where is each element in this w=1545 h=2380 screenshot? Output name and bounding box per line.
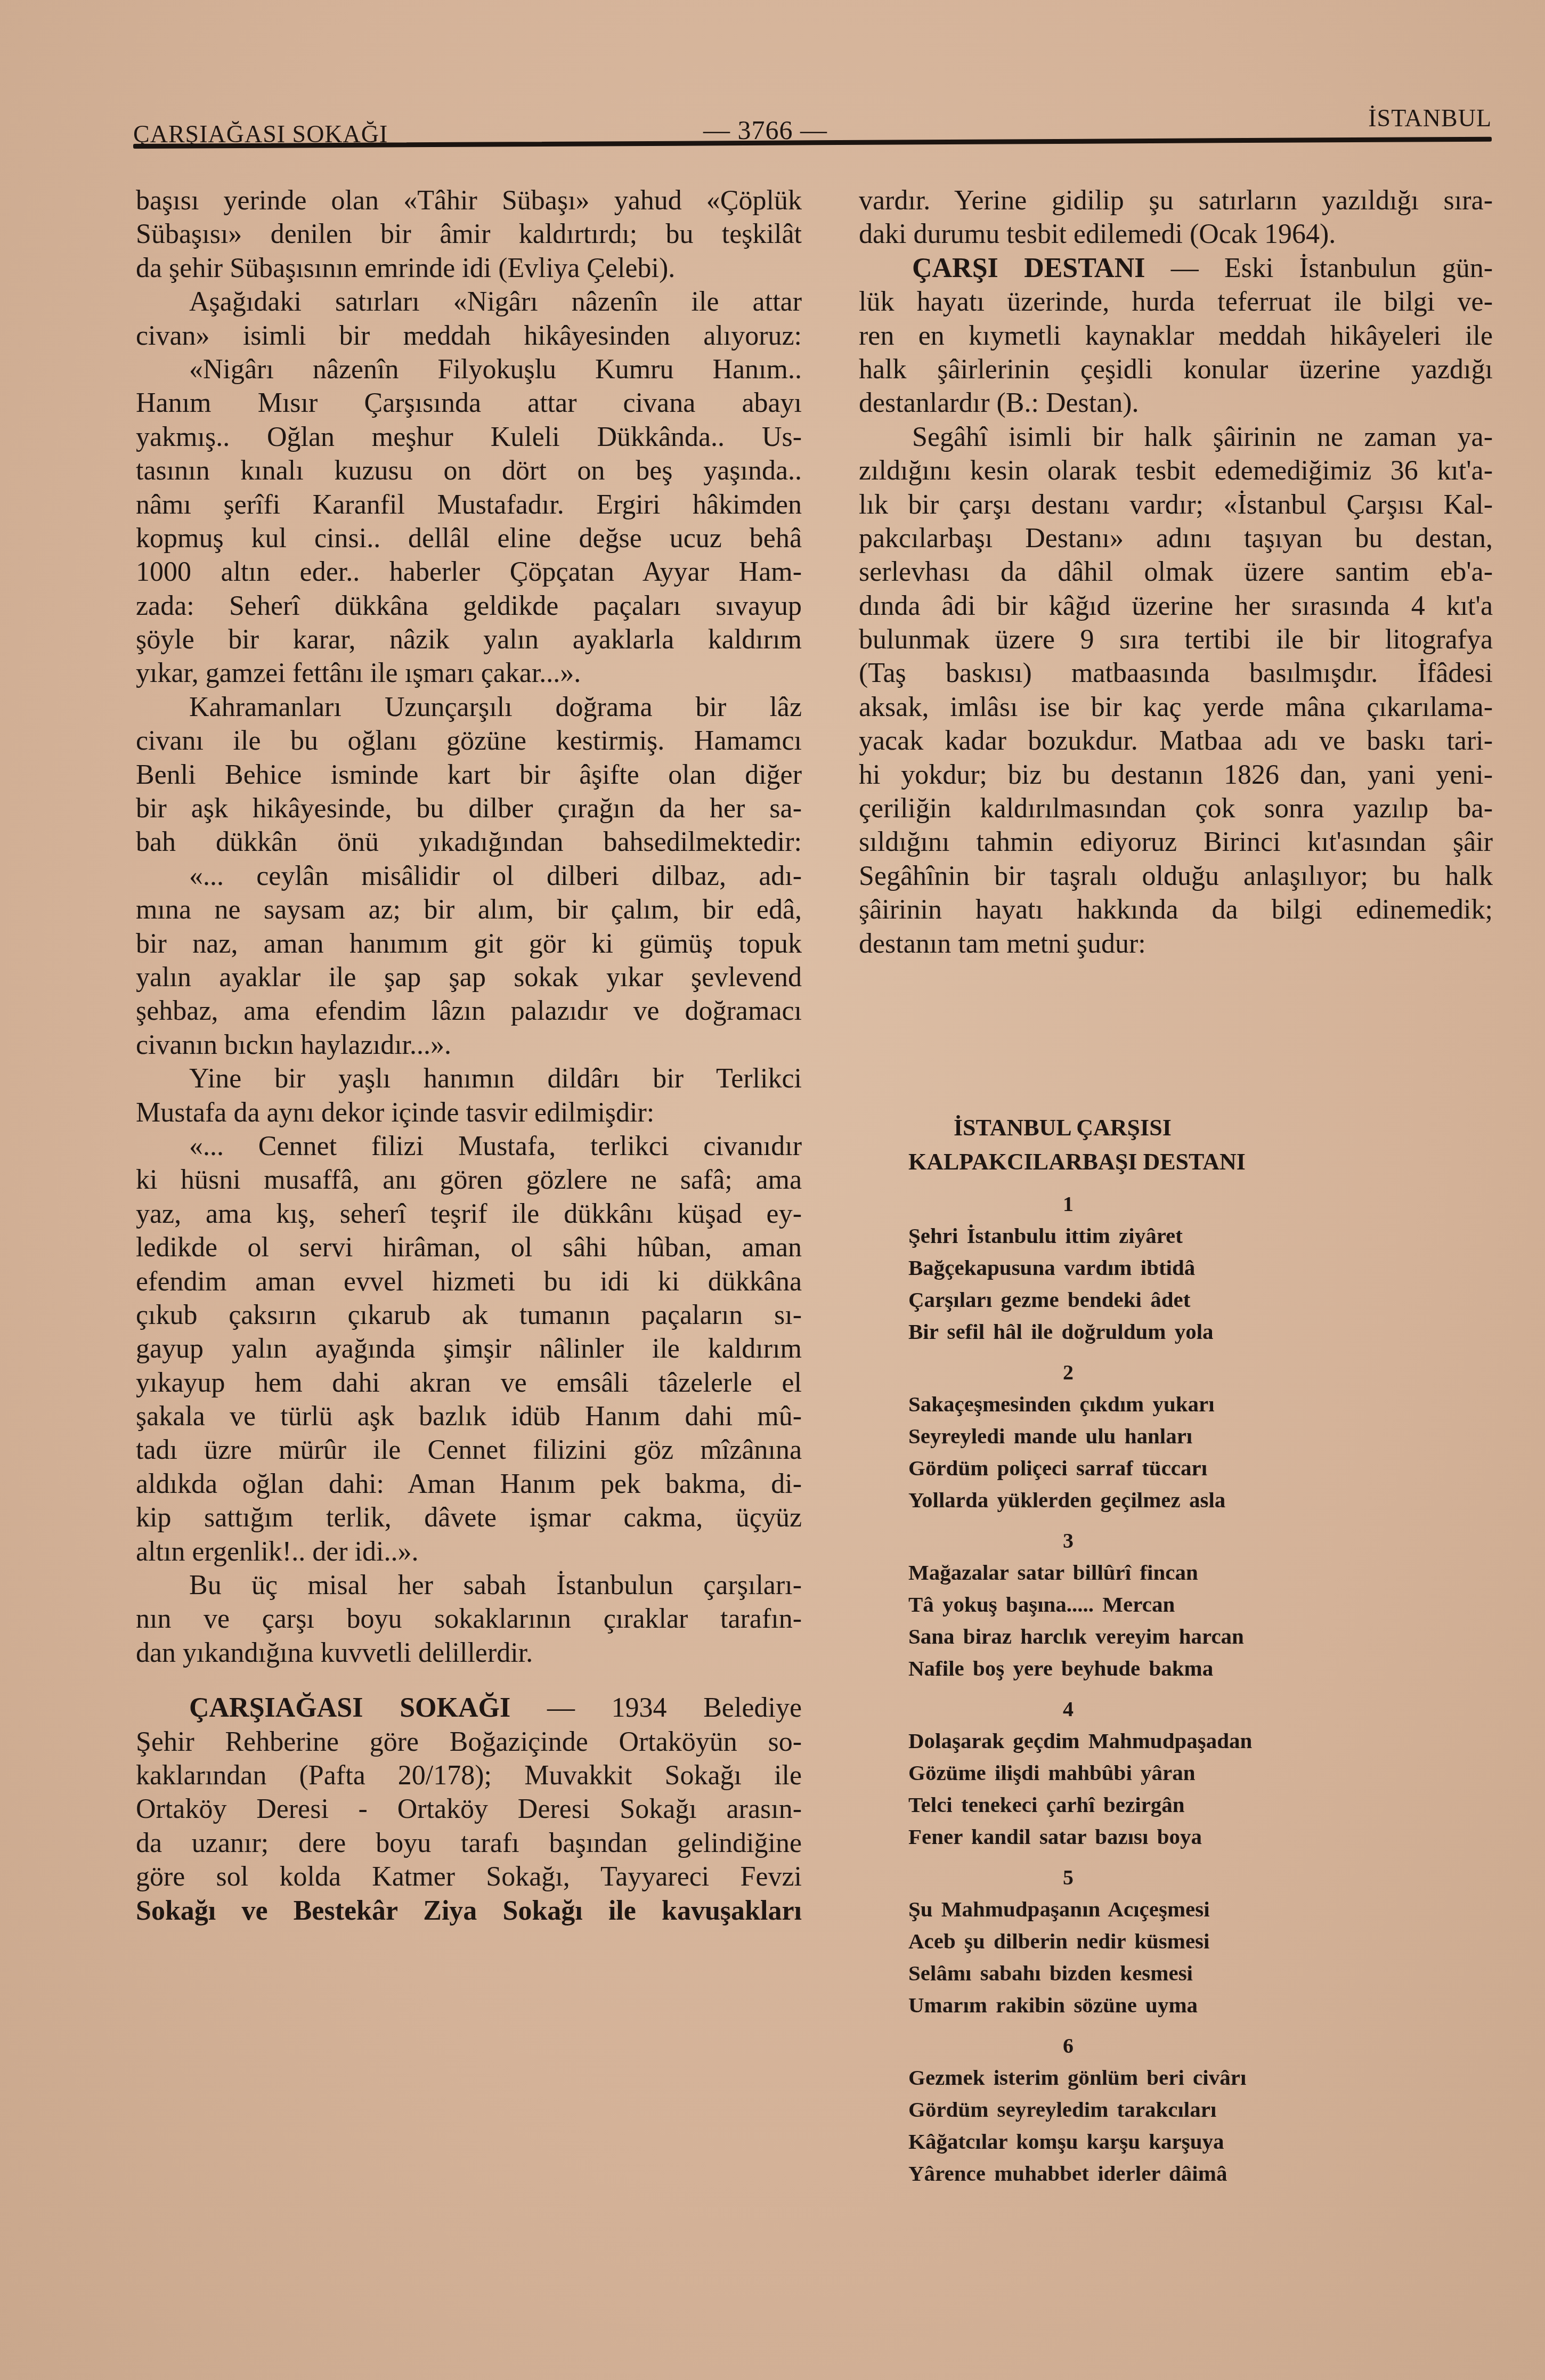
verse: Gözüme ilişdi mahbûbi yâran	[908, 1757, 1388, 1789]
text-line: dında âdi bir kâğıd üzerine her sırasınd…	[859, 589, 1493, 623]
entry-heading-line: ÇARŞI DESTANI — Eski İstanbulun gün-	[859, 251, 1493, 285]
verse: Selâmı sabahı bizden kesmesi	[908, 1957, 1388, 1989]
stanza: 2 Sakaçeşmesinden çıkdım yukarı Seyreyle…	[908, 1357, 1388, 1516]
text-line: şöyle bir karar, nâzik yalın ayaklarla k…	[136, 623, 802, 656]
right-column: vardır. Yerine gidilip şu satırların yaz…	[859, 184, 1493, 961]
text-line: da uzanır; dere boyu tarafı başından gel…	[136, 1826, 802, 1860]
poem-title-line-1: İSTANBUL ÇARŞISI	[908, 1111, 1388, 1145]
text-line: ki hüsni musaffâ, anı gören gözlere ne s…	[136, 1163, 802, 1197]
text-line: serlevhası da dâhil olmak üzere santim e…	[859, 555, 1493, 589]
text-line: efendim aman evvel hizmeti bu idi ki dük…	[136, 1265, 802, 1298]
text-line: kip sattığım terlik, dâvete işmar cakma,…	[136, 1501, 802, 1534]
text-line: 1000 altın eder.. haberler Çöpçatan Ayya…	[136, 555, 802, 589]
verse: Seyreyledi mande ulu hanları	[908, 1420, 1388, 1452]
text-line: pakcılarbaşı Destanı» adını taşıyan bu d…	[859, 522, 1493, 555]
verse: Gezmek isterim gönlüm beri civârı	[908, 2061, 1388, 2093]
text-line: civanın bıckın haylazıdır...».	[136, 1028, 802, 1062]
text-line: göre sol kolda Katmer Sokağı, Tayyareci …	[136, 1860, 802, 1894]
text-line: yalın ayaklar ile şap şap sokak yıkar şe…	[136, 961, 802, 994]
verse: Telci tenekeci çarhî bezirgân	[908, 1789, 1388, 1821]
text-line: da şehir Sübaşısının emrinde idi (Evliya…	[136, 251, 802, 285]
text-line: nâmı şerîfi Karanfil Mustafadır. Ergiri …	[136, 488, 802, 522]
text-line: Hanım Mısır Çarşısında attar civana abay…	[136, 386, 802, 420]
stanza: 5 Şu Mahmudpaşanın Acıçeşmesi Aceb şu di…	[908, 1862, 1388, 2021]
verse: Şu Mahmudpaşanın Acıçeşmesi	[908, 1893, 1388, 1925]
text-line: daki durumu tesbit edilemedi (Ocak 1964)…	[859, 217, 1493, 251]
verse: Mağazalar satar billûrî fincan	[908, 1556, 1388, 1588]
text-line: Kahramanları Uzunçarşılı doğrama bir lâz	[136, 691, 802, 724]
stanza-number: 3	[908, 1525, 1388, 1556]
entry-dash: —	[510, 1693, 611, 1723]
text-line: bir aşk hikâyesinde, bu dilber çırağın d…	[136, 792, 802, 825]
text-line: lık bir çarşı destanı vardır; «İstanbul …	[859, 488, 1493, 522]
stanza: 6 Gezmek isterim gönlüm beri civârı Görd…	[908, 2030, 1388, 2189]
stanza-number: 4	[908, 1694, 1388, 1725]
text-line: bah dükkân önü yıkadığından bahsedilmekt…	[136, 825, 802, 859]
text-line: kaklarından (Pafta 20/178); Muvakkit Sok…	[136, 1759, 802, 1792]
header-section-title: İSTANBUL	[1368, 104, 1492, 132]
verse: Sakaçeşmesinden çıkdım yukarı	[908, 1388, 1388, 1420]
text-line: gayup yalın ayağında şimşir nâlinler ile…	[136, 1332, 802, 1366]
entry-heading-line: ÇARŞIAĞASI SOKAĞI — 1934 Belediye	[136, 1691, 802, 1725]
text-line: zıldığını kesin olarak tesbit edemediğim…	[859, 454, 1493, 488]
text-line: yakmış.. Oğlan meşhur Kuleli Dükkânda.. …	[136, 420, 802, 454]
verse: Umarım rakibin sözüne uyma	[908, 1989, 1388, 2021]
text-line: destanın tam metni şudur:	[859, 927, 1493, 961]
text-line: civan» isimli bir meddah hikâyesinden al…	[136, 319, 802, 353]
text-line: aksak, imlâsı ise bir kaç yerde mâna çık…	[859, 691, 1493, 724]
text-line: dan yıkandığına kuvvetli delillerdir.	[136, 1636, 802, 1670]
entry-first-line: Eski İstanbulun gün-	[1224, 253, 1493, 283]
stanza-number: 5	[908, 1862, 1388, 1893]
entry-title: ÇARŞI DESTANI	[912, 253, 1145, 283]
verse: Kâğatcılar komşu karşu karşuya	[908, 2125, 1388, 2157]
text-line: Yine bir yaşlı hanımın dildârı bir Terli…	[136, 1062, 802, 1095]
text-line: şakala ve türlü aşk bazlık idüb Hanım da…	[136, 1400, 802, 1433]
text-line: lük hayatı üzerinde, hurda teferruat ile…	[859, 285, 1493, 319]
text-line: çeriliğin kaldırılmasından çok sonra yaz…	[859, 792, 1493, 825]
verse: Dolaşarak geçdim Mahmudpaşadan	[908, 1725, 1388, 1757]
verse: Bağçekapusuna vardım ibtidâ	[908, 1252, 1388, 1284]
text-line: vardır. Yerine gidilip şu satırların yaz…	[859, 184, 1493, 217]
text-line: Sübaşısı» denilen bir âmir kaldırtırdı; …	[136, 217, 802, 251]
spacer	[136, 1670, 802, 1691]
text-line: tasının kınalı kuzusu on dört on beş yaş…	[136, 454, 802, 488]
text-line: çıkub çaksırın çıkarub ak tumanın paçala…	[136, 1298, 802, 1332]
text-line: «... ceylân misâlidir ol dilberi dilbaz,…	[136, 859, 802, 893]
entry-title: ÇARŞIAĞASI SOKAĞI	[189, 1693, 510, 1723]
verse: Gördüm poliçeci sarraf tüccarı	[908, 1452, 1388, 1484]
stanza: 3 Mağazalar satar billûrî fincan Tâ yoku…	[908, 1525, 1388, 1684]
text-line: (Taş baskısı) matbaasında basılmışdır. İ…	[859, 656, 1493, 690]
text-line: Mustafa da aynı dekor içinde tasvir edil…	[136, 1096, 802, 1130]
text-line: Sokağı ve Bestekâr Ziya Sokağı ile kavuş…	[136, 1894, 802, 1928]
text-line: yaz, ama kış, seherî teşrif ile dükkânı …	[136, 1197, 802, 1231]
text-line: ren en kıymetli kaynaklar meddah hikâyel…	[859, 319, 1493, 353]
verse: Şehri İstanbulu ittim ziyâret	[908, 1220, 1388, 1252]
stanza-number: 2	[908, 1357, 1388, 1388]
text-line: Şehir Rehberine göre Boğaziçinde Ortaköy…	[136, 1725, 802, 1759]
text-line: Aşağıdaki satırları «Nigârı nâzenîn ile …	[136, 285, 802, 319]
stanza: 4 Dolaşarak geçdim Mahmudpaşadan Gözüme …	[908, 1694, 1388, 1853]
entry-first-line: 1934 Belediye	[612, 1693, 802, 1723]
text-line: yıkar, gamzei fettânı ile ışmarı çakar..…	[136, 656, 802, 690]
text-line: altın ergenlik!.. der idi..».	[136, 1535, 802, 1569]
text-line: şâirinin hayatı hakkında da bilgi edinem…	[859, 893, 1493, 927]
text-line: yıkayup hem dahi akran ve emsâli tâzeler…	[136, 1366, 802, 1400]
text-line: şehbaz, ama efendim lâzın palazıdır ve d…	[136, 994, 802, 1028]
text-line: başısı yerinde olan «Tâhir Sübaşı» yahud…	[136, 184, 802, 217]
verse: Gördüm seyreyledim tarakcıları	[908, 2093, 1388, 2125]
verse: Yollarda yüklerden geçilmez asla	[908, 1484, 1388, 1516]
text-line: tadı üzre mürûr ile Cennet filizini göz …	[136, 1433, 802, 1467]
left-column: başısı yerinde olan «Tâhir Sübaşı» yahud…	[136, 184, 802, 1928]
poem-title: İSTANBUL ÇARŞISI KALPAKCILARBAŞI DESTANI	[908, 1111, 1388, 1179]
verse: Bir sefil hâl ile doğruldum yola	[908, 1315, 1388, 1347]
text-line: zada: Seherî dükkâna geldikde paçaları s…	[136, 589, 802, 623]
text-line: «... Cennet filizi Mustafa, terlikci civ…	[136, 1130, 802, 1163]
text-line: hi yokdur; biz bu destanın 1826 dan, yan…	[859, 758, 1493, 792]
text-line: Benli Behice isminde kart bir âşifte ola…	[136, 758, 802, 792]
poem-title-line-2: KALPAKCILARBAŞI DESTANI	[908, 1145, 1388, 1179]
text-line: mına ne saysam az; bir alım, bir çalım, …	[136, 893, 802, 927]
text-line: Segâhî isimli bir halk şâirinin ne zaman…	[859, 420, 1493, 454]
text-line: bulunmak üzere 9 sıra tertibi ile bir li…	[859, 623, 1493, 656]
stanza-number: 6	[908, 2030, 1388, 2061]
text-line: Bu üç misal her sabah İstanbulun çarşıla…	[136, 1569, 802, 1602]
text-line: destanlardır (B.: Destan).	[859, 386, 1493, 420]
text-line: ledikde ol servi hirâman, ol sâhi hûban,…	[136, 1231, 802, 1264]
poem: İSTANBUL ÇARŞISI KALPAKCILARBAŞI DESTANI…	[908, 1111, 1388, 2189]
text-line: bir naz, aman hanımım git gör ki gümüş t…	[136, 927, 802, 961]
text-line: nın ve çarşı boyu sokaklarının çıraklar …	[136, 1602, 802, 1636]
text-line: Segâhînin bir taşralı olduğu anlaşılıyor…	[859, 859, 1493, 893]
verse: Yârence muhabbet iderler dâimâ	[908, 2157, 1388, 2189]
text-line: civanı ile bu oğlanı gözüne kestirmiş. H…	[136, 724, 802, 758]
verse: Aceb şu dilberin nedir küsmesi	[908, 1925, 1388, 1957]
stanza-number: 1	[908, 1189, 1388, 1220]
entry-dash: —	[1145, 253, 1224, 283]
text-line: sıldığını tahmin ediyoruz Birinci kıt'as…	[859, 825, 1493, 859]
text-line: Ortaköy Deresi - Ortaköy Deresi Sokağı a…	[136, 1792, 802, 1826]
encyclopedia-page: ÇARŞIAĞASI SOKAĞI — 3766 — İSTANBUL başı…	[0, 0, 1545, 2380]
text-line: kopmuş kul cinsi.. dellâl eline değse uc…	[136, 522, 802, 555]
text-line: «Nigârı nâzenîn Filyokuşlu Kumru Hanım..	[136, 353, 802, 386]
text-line: aldıkda oğlan dahi: Aman Hanım pek bakma…	[136, 1467, 802, 1501]
text-line: yacak kadar bozukdur. Matbaa adı ve bask…	[859, 724, 1493, 758]
verse: Nafile boş yere beyhude bakma	[908, 1652, 1388, 1684]
verse: Çarşıları gezme bendeki âdet	[908, 1284, 1388, 1315]
verse: Fener kandil satar bazısı boya	[908, 1821, 1388, 1853]
verse: Tâ yokuş başına..... Mercan	[908, 1588, 1388, 1620]
verse: Sana biraz harclık vereyim harcan	[908, 1620, 1388, 1652]
text-line: halk şâirlerinin çeşidli konular üzerine…	[859, 353, 1493, 386]
stanza: 1 Şehri İstanbulu ittim ziyâret Bağçekap…	[908, 1189, 1388, 1347]
